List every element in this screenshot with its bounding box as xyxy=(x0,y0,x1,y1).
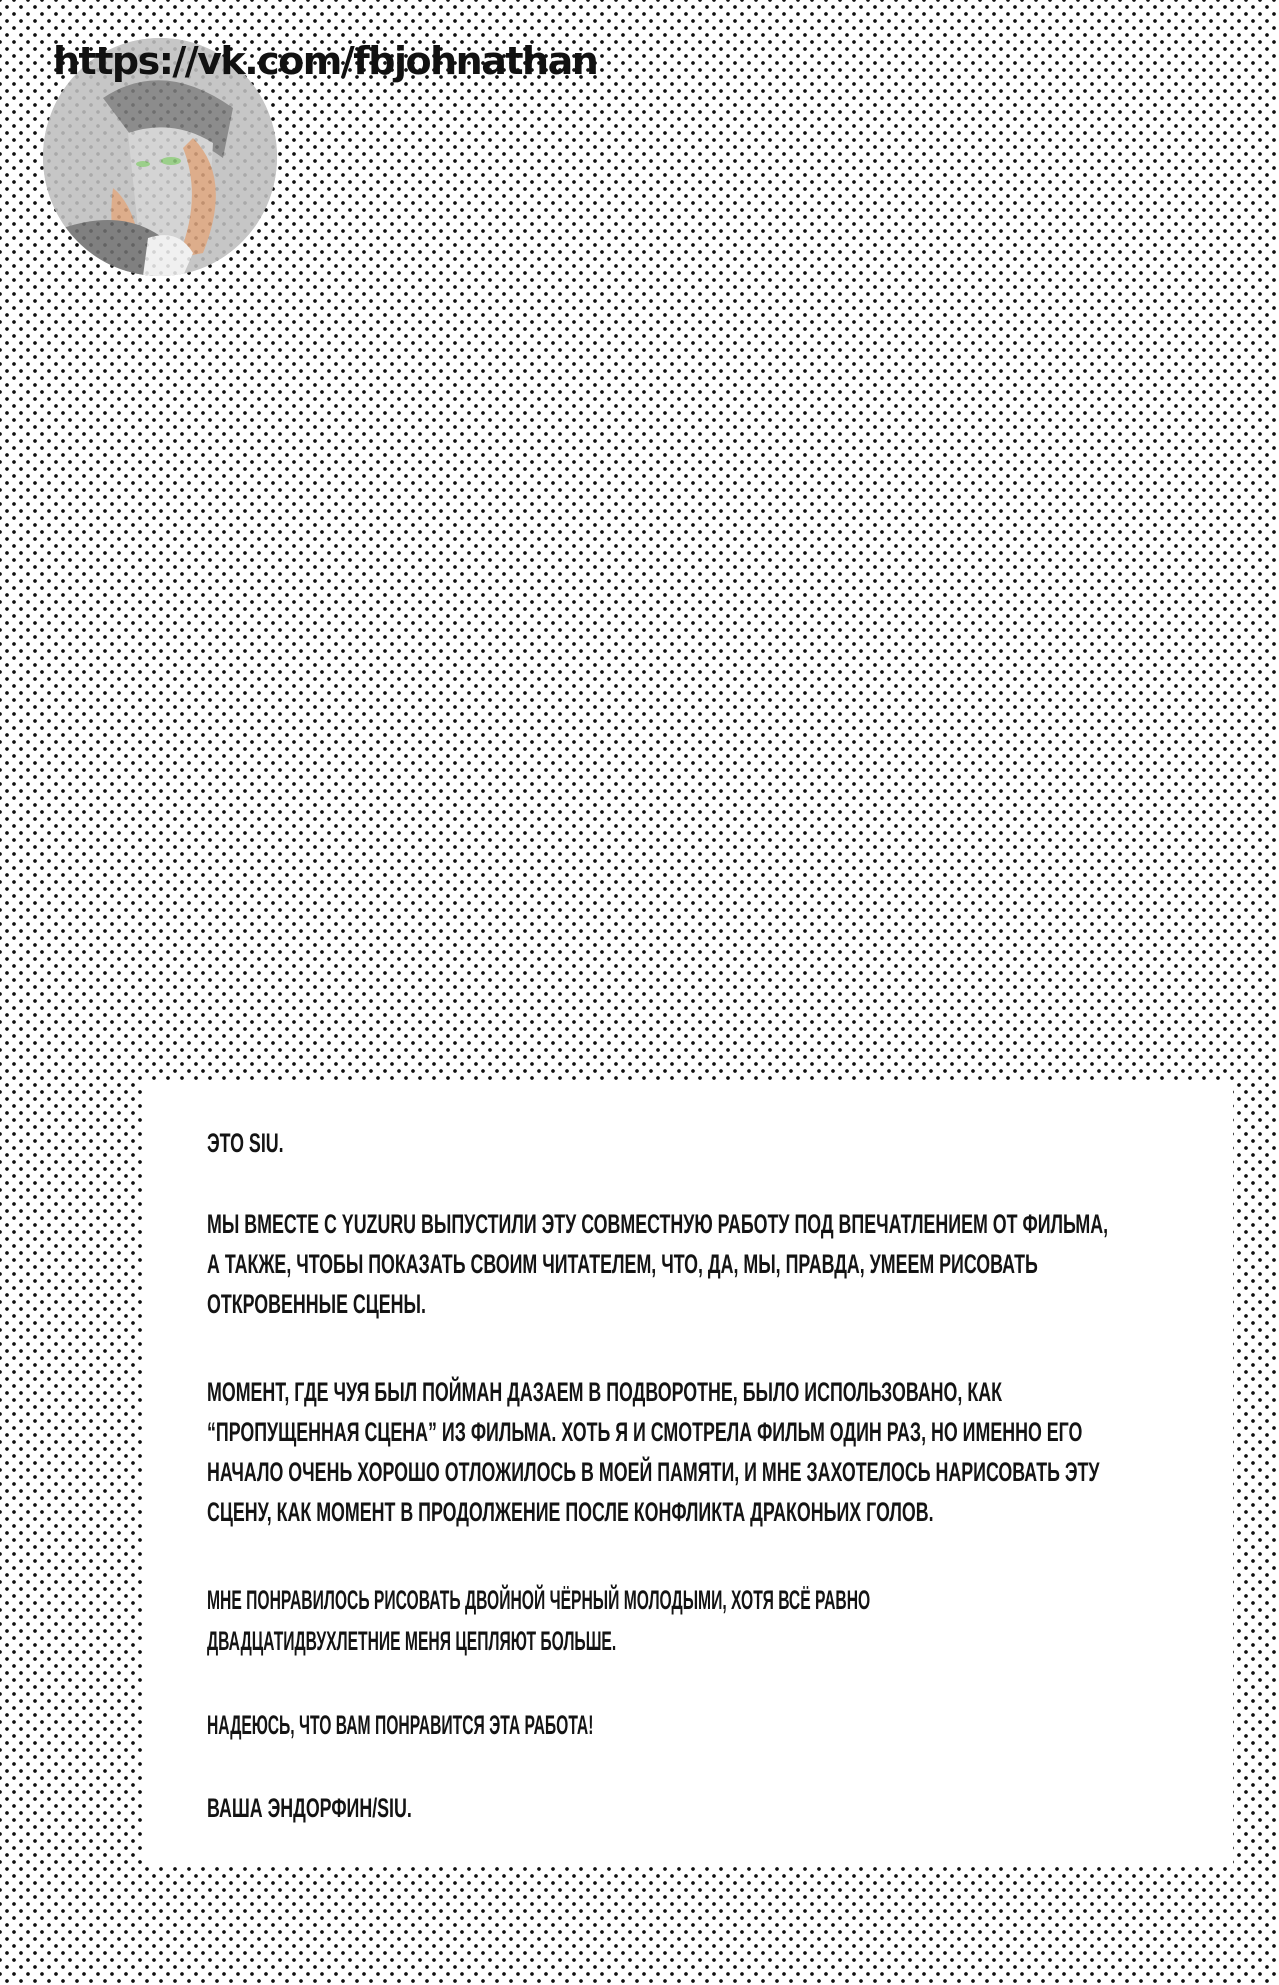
vk-profile-link[interactable]: https://vk.com/fbjohnathan xyxy=(53,42,597,80)
note-paragraph-2-line-4: СЦЕНУ, КАК МОМЕНТ В ПРОДОЛЖЕНИЕ ПОСЛЕ КО… xyxy=(207,1499,934,1526)
note-paragraph-2-line-2: “ПРОПУЩЕННАЯ СЦЕНА” ИЗ ФИЛЬМА. ХОТЬ Я И … xyxy=(207,1419,1082,1446)
note-paragraph-3-line-1: МНЕ ПОНРАВИЛОСЬ РИСОВАТЬ ДВОЙНОЙ ЧЁРНЫЙ … xyxy=(207,1587,870,1614)
note-paragraph-1-line-1: МЫ ВМЕСТЕ С YUZURU ВЫПУСТИЛИ ЭТУ СОВМЕСТ… xyxy=(207,1211,1108,1238)
note-greeting: ЭТО SIU. xyxy=(207,1130,284,1157)
note-paragraph-3-line-2: ДВАДЦАТИДВУХЛЕТНИЕ МЕНЯ ЦЕПЛЯЮТ БОЛЬШЕ. xyxy=(207,1628,616,1655)
note-paragraph-4-line-1: НАДЕЮСЬ, ЧТО ВАМ ПОНРАВИТСЯ ЭТА РАБОТА! xyxy=(207,1712,593,1739)
note-paragraph-2-line-3: НАЧАЛО ОЧЕНЬ ХОРОШО ОТЛОЖИЛОСЬ В МОЕЙ ПА… xyxy=(207,1459,1100,1486)
note-paragraph-1-line-3: ОТКРОВЕННЫЕ СЦЕНЫ. xyxy=(207,1291,426,1318)
note-paragraph-1-line-2: А ТАКЖЕ, ЧТОБЫ ПОКАЗАТЬ СВОИМ ЧИТАТЕЛЕМ,… xyxy=(207,1251,1038,1278)
author-note-card: ЭТО SIU. МЫ ВМЕСТЕ С YUZURU ВЫПУСТИЛИ ЭТ… xyxy=(143,1083,1233,1865)
note-paragraph-2-line-1: МОМЕНТ, ГДЕ ЧУЯ БЫЛ ПОЙМАН ДАЗАЕМ В ПОДВ… xyxy=(207,1379,1002,1406)
note-signature: ВАША ЭНДОРФИН/SIU. xyxy=(207,1795,412,1822)
